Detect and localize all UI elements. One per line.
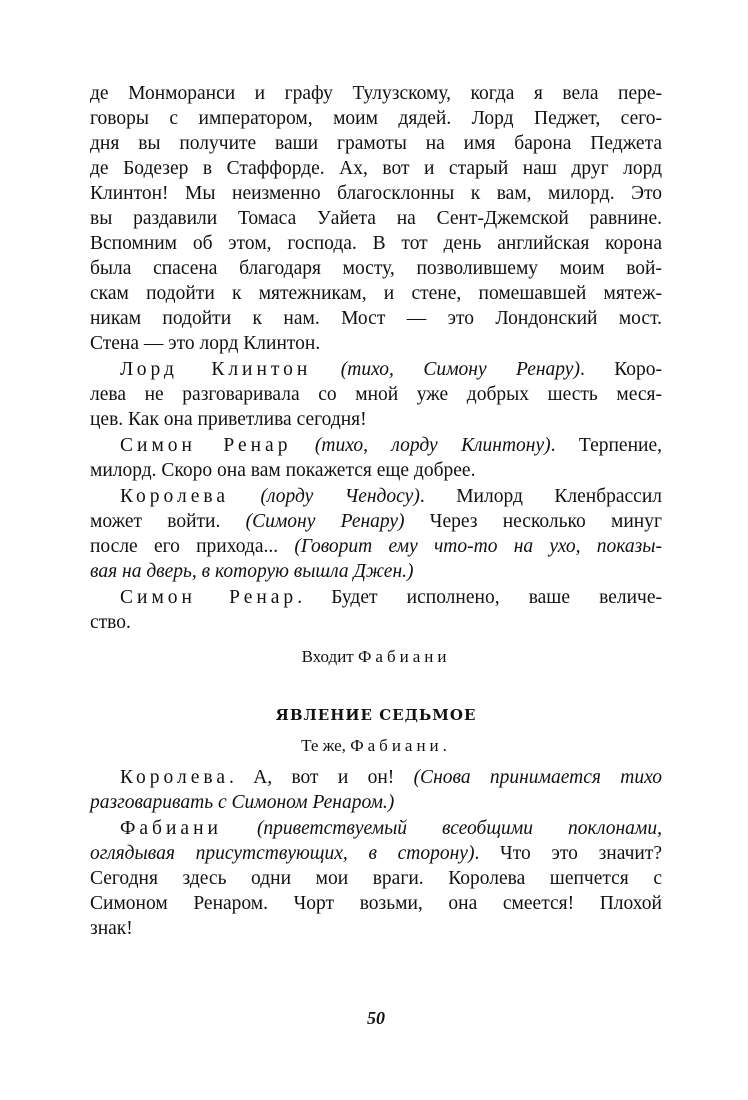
text-line: говоры с императором, моим дядей. Лорд П… [90,107,662,131]
dialogue-text: Через несколько минуг [405,511,662,532]
text-line: после его прихода... (Говорит ему что-то… [90,535,662,559]
text-line: де Монморанси и графу Тулузскому, когда … [90,82,662,106]
stage-direction: (Симону Ренару) [246,511,405,532]
text-line: оглядывая присутствующих, в сторону). Чт… [90,842,662,866]
text-line: цев. Как она приветлива сегодня! [90,408,662,432]
dialogue-text: . А, вот и он! [229,767,414,788]
text-line: Симон Ренар (тихо, лорду Клинтону). Терп… [120,434,662,458]
scene-cast: Те же, Фабиани. [90,735,662,757]
speaker-name: Симон Ренар [120,587,297,608]
dialogue-text: . Милорд Кленбрассил [420,486,662,507]
text-line: вы раздавили Томаса Уайета на Сент-Джемс… [90,207,662,231]
page-number: 50 [90,1008,662,1029]
stage-direction: (тихо, лорду Клинтону) [315,435,551,456]
stage-direction: оглядывая присутствующих, в сторону) [90,843,474,864]
text-line: Симон Ренар. Будет исполнено, ваше велич… [120,586,662,610]
speaker-name: Симон Ренар [120,435,291,456]
scene-heading: ЯВЛЕНИЕ СЕДЬМОЕ [90,706,662,724]
speaker-name: Королева [120,486,229,507]
stage-direction: (Снова принимается тихо [414,767,662,788]
stage-direction: разговаривать с Симоном Ренаром.) [90,791,662,815]
stage-entry-name: Фабиани [358,647,450,666]
text-line: Королева (лорду Чендосу). Милорд Кленбра… [120,485,662,509]
text-line: Лорд Клинтон (тихо, Симону Ренару). Коро… [120,358,662,382]
text-line: скам подойти к мятежникам, и стене, поме… [90,282,662,306]
dialogue-text: . Будет исполнено, ваше величе- [297,587,662,608]
speaker-name: Королева [120,767,229,788]
scene-cast-text: Те же, [301,736,346,755]
text-line: лева не разговаривала со мной уже добрых… [90,383,662,407]
dialogue-text: после его прихода... [90,536,294,557]
dialogue-text: . Что это значит? [474,843,662,864]
text-line: Клинтон! Мы неизменно благосклонны к вам… [90,182,662,206]
speaker-name: Лорд Клинтон [120,359,311,380]
text-line: была спасена благодаря мосту, позволивше… [90,257,662,281]
text-line: Сегодня здесь одни мои враги. Королева ш… [90,867,662,891]
text-line: Симоном Ренаром. Чорт возьми, она смеетс… [90,892,662,916]
text-line: Вспомним об этом, господа. В тот день ан… [90,232,662,256]
speaker-name: Фабиани [120,818,222,839]
text-line: де Бодезер в Стаффорде. Ах, вот и старый… [90,157,662,181]
scene-cast-name: Фабиани. [350,736,451,755]
text-line: милорд. Скоро она вам покажется еще добр… [90,459,662,483]
dialogue-text: . Терпение, [551,435,662,456]
text-line: дня вы получите ваши грамоты на имя баро… [90,132,662,156]
dialogue-text: . Коро- [580,359,662,380]
stage-entry: Входит Фабиани [90,646,662,668]
stage-direction: (Говорит ему что-то на ухо, показы- [294,536,662,557]
stage-direction: (тихо, Симону Ренару) [341,359,580,380]
stage-direction: (лорду Чендосу) [261,486,420,507]
text-line: ство. [90,611,662,635]
text-line: Фабиани (приветствуемый всеобщими поклон… [120,817,662,841]
book-page: де Монморанси и графу Тулузскому, когда … [0,0,748,1100]
text-line: Стена — это лорд Клинтон. [90,332,662,356]
text-line: Королева. А, вот и он! (Снова принимаетс… [120,766,662,790]
dialogue-text: может войти. [90,511,246,532]
text-line: никам подойти к нам. Мост — это Лондонск… [90,307,662,331]
text-line: может войти. (Симону Ренару) Через неско… [90,510,662,534]
text-line: знак! [90,917,662,941]
stage-entry-verb: Входит [302,647,354,666]
stage-direction: вая на дверь, в которую вышла Джен.) [90,560,662,584]
stage-direction: (приветствуемый всеобщими поклонами, [257,818,662,839]
